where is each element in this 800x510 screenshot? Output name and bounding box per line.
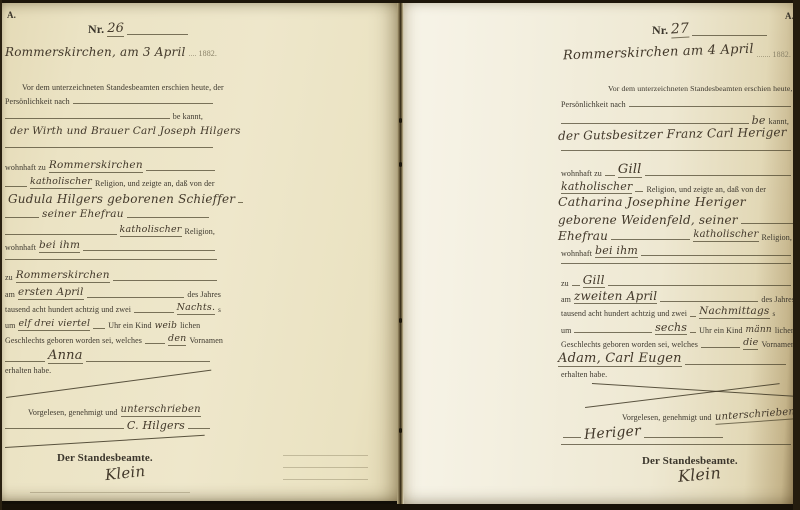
- p2-year-printed: 1882.: [773, 50, 792, 59]
- p2-nr-label: Nr.: [652, 24, 668, 38]
- scan-edge-top: [0, 0, 800, 3]
- binding-stitch: [399, 162, 402, 167]
- scan-edge-bottom: [0, 504, 800, 510]
- binding-stitch: [399, 428, 402, 433]
- p1-approval-row: Vorgelesen, genehmigt und unterschrieben: [28, 405, 218, 417]
- p1-year-row: tausend acht hundert achtzig und zwei Na…: [5, 303, 221, 315]
- p2-rule: [561, 150, 791, 153]
- p1-residence2-row: wohnhaft bei ihm: [5, 240, 215, 253]
- p1-sex-row: Geschlechts geboren worden sei, welches …: [5, 334, 223, 346]
- p1-religion1-row: katholischer Religion, und zeigte an, da…: [5, 177, 221, 189]
- p1-mother-relation-row: seiner Ehefrau: [5, 209, 209, 220]
- p1-year-printed: 1882.: [199, 49, 218, 58]
- p1-declarant-signature-row: C. Hilgers: [5, 420, 210, 431]
- p2-residence2-row: wohnhaft bei ihm: [561, 245, 791, 258]
- p2-religion1-row: katholischer Religion, und zeigte an, da…: [561, 181, 795, 194]
- book-cover-edge-right: [793, 0, 800, 510]
- p1-nr-value: 26: [107, 22, 124, 37]
- p1-religion2-row: katholischer Religion,: [5, 225, 215, 237]
- p2-dateline-row: Rommerskirchen am 4 April 1882.: [563, 46, 791, 59]
- p2-sex-row: Geschlechts geboren worden sei, welches …: [561, 338, 795, 350]
- p1-birthplace-row: zu Rommerskirchen: [5, 270, 217, 283]
- p2-mother-row1: Catharina Josephine Heriger: [558, 196, 794, 209]
- p1-registrar-signature: Klein: [105, 466, 145, 481]
- p2-number-row: Nr. 27: [652, 22, 767, 38]
- p1-dateline-row: Rommerskirchen, am 3 April 1882.: [5, 46, 217, 58]
- p1-bekannt-row: be kannt,: [5, 112, 203, 121]
- p2-birthdate-row: am zweiten April des Jahres: [561, 290, 795, 304]
- scan-edge-left: [0, 0, 2, 510]
- p2-registrar-signature: Klein: [678, 467, 721, 483]
- register-book-scan: A. Nr. 26 Rommerskirchen, am 3 April 188…: [0, 0, 800, 510]
- binding-stitch: [399, 118, 402, 123]
- p1-number-row: Nr. 26: [88, 22, 188, 37]
- bleedthrough-line: [283, 479, 368, 480]
- p2-nr-value: 27: [671, 22, 690, 39]
- p2-erhalten-row: erhalten habe.: [561, 370, 607, 379]
- p2-residence-row: wohnhaft zu Gill: [561, 163, 791, 178]
- p2-bekannt-row: be kannt,: [561, 115, 789, 126]
- p1-birthdate-row: am ersten April des Jahres: [5, 287, 221, 300]
- p2-mother-row3-religion2: Ehefrau katholischer Religion,: [558, 230, 792, 242]
- p2-approval-row: Vorgelesen, genehmigt und unterschrieben…: [622, 410, 794, 422]
- p1-time-row: um elf drei viertel Uhr ein Kind weib li…: [5, 319, 223, 331]
- p2-child-name-row: Adam, Carl Eugen: [558, 352, 786, 367]
- p1-intro-line1: Vor dem unterzeichneten Standesbeamten e…: [22, 83, 224, 92]
- bleedthrough-line: [30, 492, 190, 493]
- p1-rule: [5, 147, 213, 150]
- p1-dateline: Rommerskirchen, am 3 April: [5, 46, 186, 58]
- p1-residence-row: wohnhaft zu Rommerskirchen: [5, 160, 215, 173]
- p2-year-row: tausend acht hundert achtzig und zwei Na…: [561, 306, 795, 319]
- binding-stitch: [399, 318, 402, 323]
- p2-time-row: um sechs Uhr ein Kind männ lichen: [561, 322, 795, 335]
- p1-declarant-row: der Wirth und Brauer Carl Joseph Hilgers: [10, 126, 210, 137]
- p1-child-name-row: Anna: [5, 349, 210, 364]
- p2-birthplace-row: zu Gill: [561, 274, 791, 288]
- p2-rule: [561, 444, 791, 447]
- p1-intro-line2: Persönlichkeit nach: [5, 97, 213, 106]
- p1-mother-row: Gudula Hilgers geborenen Schieffer: [8, 193, 214, 205]
- p1-corner-mark: A.: [7, 10, 16, 20]
- book-binding-gutter: [397, 0, 404, 510]
- p1-nr-label: Nr.: [88, 23, 104, 37]
- p2-declarant-signature-row: Heriger: [563, 426, 723, 440]
- p2-rule: [561, 263, 791, 266]
- p2-intro-line1: Vor dem unterzeichneten Standesbeamten e…: [608, 85, 800, 94]
- p2-intro-line2: Persönlichkeit nach: [561, 100, 791, 109]
- p1-erhalten-row: erhalten habe.: [5, 366, 51, 375]
- p2-declarant-row: der Gutsbesitzer Franz Carl Heriger: [558, 128, 796, 140]
- p2-mother-row2: geborene Weidenfeld, seiner: [558, 214, 794, 226]
- p1-rule: [5, 259, 217, 262]
- bleedthrough-line: [283, 455, 368, 456]
- bleedthrough-line: [283, 467, 368, 468]
